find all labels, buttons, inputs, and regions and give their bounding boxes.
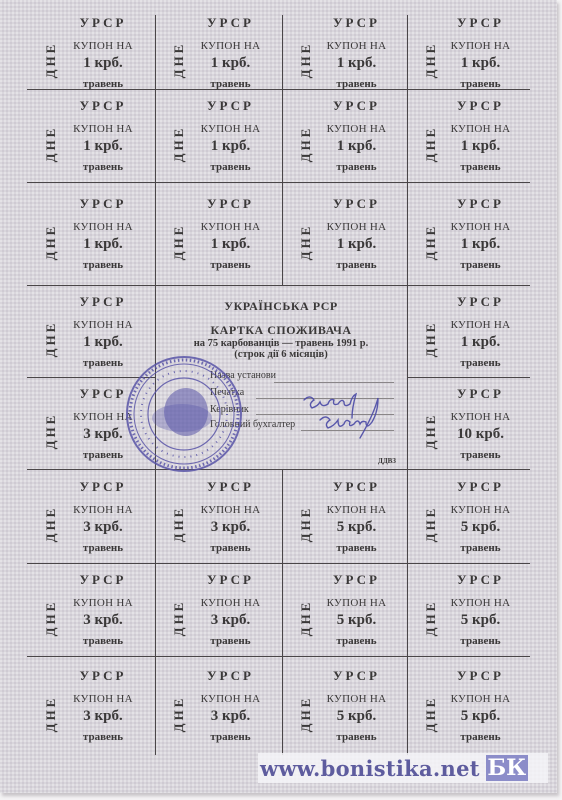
coupon-amount: 5 крб. bbox=[337, 708, 377, 725]
coupon-issuer: УРСР bbox=[457, 294, 504, 310]
coupon-month: травень bbox=[83, 78, 123, 90]
coupon-month: травень bbox=[460, 161, 500, 173]
coupon-label: КУПОН НА bbox=[327, 693, 387, 705]
coupon-label: КУПОН НА bbox=[451, 504, 511, 516]
coupon-label: КУПОН НА bbox=[327, 221, 387, 233]
coupon-body: УРСРКУПОН НА1 крб.травень bbox=[185, 182, 276, 285]
coupon-body: УРСРКУПОН НА3 крб.травень bbox=[57, 469, 149, 563]
coupon-amount: 1 крб. bbox=[83, 138, 123, 155]
coupon: ДНЕУРСРКУПОН НА1 крб.травень bbox=[407, 182, 530, 285]
coupon-label: КУПОН НА bbox=[451, 40, 511, 52]
coupon-body: УРСРКУПОН НА1 крб.травень bbox=[312, 182, 401, 285]
coupon: ДНЕУРСРКУПОН НА1 крб.травень bbox=[27, 182, 155, 285]
coupon-month: травень bbox=[210, 161, 250, 173]
coupon-month: травень bbox=[83, 449, 123, 461]
coupon-month: травень bbox=[210, 542, 250, 554]
coupon-amount: 5 крб. bbox=[461, 708, 501, 725]
coupon-amount: 3 крб. bbox=[83, 708, 123, 725]
coupon-label: КУПОН НА bbox=[73, 319, 133, 331]
coupon-label: КУПОН НА bbox=[327, 123, 387, 135]
coupon-label: КУПОН НА bbox=[451, 693, 511, 705]
coupon-body: УРСРКУПОН НА1 крб.травень bbox=[185, 89, 276, 182]
coupon: ДНЕУРСРКУПОН НА1 крб.травень bbox=[282, 182, 407, 285]
coupon: ДНЕУРСРКУПОН НА5 крб.травень bbox=[407, 656, 530, 755]
coupon: ДНЕУРСРКУПОН НА5 крб.травень bbox=[407, 469, 530, 563]
coupon-amount: 1 крб. bbox=[83, 334, 123, 351]
coupon: ДНЕУРСРКУПОН НА1 крб.травень bbox=[407, 285, 530, 377]
coupon-label: КУПОН НА bbox=[201, 221, 261, 233]
coupon-issuer: УРСР bbox=[457, 668, 504, 684]
coupon-amount: 3 крб. bbox=[83, 612, 123, 629]
coupon-issuer: УРСР bbox=[457, 98, 504, 114]
coupon: ДНЕУРСРКУПОН НА1 крб.травень bbox=[282, 89, 407, 182]
coupon-amount: 5 крб. bbox=[337, 519, 377, 536]
coupon-month: травень bbox=[83, 731, 123, 743]
coupon-amount: 1 крб. bbox=[461, 334, 501, 351]
coupon-month: травень bbox=[460, 357, 500, 369]
coupon-body: УРСРКУПОН НА5 крб.травень bbox=[437, 656, 524, 755]
official-stamp-icon bbox=[124, 354, 244, 474]
coupon: ДНЕУРСРКУПОН НА5 крб.травень bbox=[282, 563, 407, 656]
coupon: ДНЕУРСРКУПОН НА5 крб.травень bbox=[282, 656, 407, 755]
coupon-month: травень bbox=[83, 357, 123, 369]
coupon-issuer: УРСР bbox=[457, 15, 504, 31]
coupon-issuer: УРСР bbox=[207, 572, 254, 588]
coupon-label: КУПОН НА bbox=[327, 597, 387, 609]
coupon-label: КУПОН НА bbox=[201, 693, 261, 705]
coupon-issuer: УРСР bbox=[80, 479, 127, 495]
card-value-line: на 75 карбованців — травень 1991 р. bbox=[156, 338, 406, 349]
coupon-month: травень bbox=[83, 635, 123, 647]
coupon-amount: 1 крб. bbox=[211, 55, 251, 72]
coupon-amount: 5 крб. bbox=[337, 612, 377, 629]
coupon-amount: 1 крб. bbox=[337, 55, 377, 72]
coupon-month: травень bbox=[210, 259, 250, 271]
coupon-body: УРСРКУПОН НА5 крб.травень bbox=[312, 656, 401, 755]
coupon: ДНЕУРСРКУПОН НА5 крб.травень bbox=[282, 469, 407, 563]
coupon-issuer: УРСР bbox=[333, 196, 380, 212]
coupon-label: КУПОН НА bbox=[451, 597, 511, 609]
coupon: ДНЕУРСРКУПОН НА3 крб.травень bbox=[155, 563, 282, 656]
coupon-issuer: УРСР bbox=[80, 386, 127, 402]
coupon-issuer: УРСР bbox=[333, 15, 380, 31]
coupon-issuer: УРСР bbox=[333, 668, 380, 684]
watermark: www.bonistika.net БК bbox=[258, 753, 548, 783]
signature-icon bbox=[300, 388, 400, 440]
coupon-amount: 1 крб. bbox=[83, 236, 123, 253]
coupon: ДНЕУРСРКУПОН НА1 крб.травень bbox=[27, 89, 155, 182]
coupon-body: УРСРКУПОН НА1 крб.травень bbox=[437, 182, 524, 285]
coupon-label: КУПОН НА bbox=[201, 40, 261, 52]
coupon-label: КУПОН НА bbox=[201, 597, 261, 609]
coupon: ДНЕУРСРКУПОН НА3 крб.травень bbox=[27, 563, 155, 656]
card-subtitle: КАРТКА СПОЖИВАЧА bbox=[156, 323, 406, 338]
watermark-logo-badge: БК bbox=[486, 755, 528, 781]
coupon-issuer: УРСР bbox=[207, 196, 254, 212]
coupon-month: травень bbox=[336, 259, 376, 271]
coupon-amount: 1 крб. bbox=[461, 138, 501, 155]
coupon-month: травень bbox=[210, 731, 250, 743]
coupon-body: УРСРКУПОН НА1 крб.травень bbox=[312, 15, 401, 89]
coupon: ДНЕУРСРКУПОН НА3 крб.травень bbox=[155, 656, 282, 755]
coupon-label: КУПОН НА bbox=[73, 40, 133, 52]
coupon-body: УРСРКУПОН НА5 крб.травень bbox=[437, 563, 524, 656]
coupon-month: травень bbox=[336, 161, 376, 173]
coupon: ДНЕУРСРКУПОН НА1 крб.травень bbox=[155, 182, 282, 285]
coupon-month: травень bbox=[83, 542, 123, 554]
coupon-amount: 1 крб. bbox=[461, 55, 501, 72]
coupon-label: КУПОН НА bbox=[451, 221, 511, 233]
coupon-issuer: УРСР bbox=[207, 98, 254, 114]
coupon-label: КУПОН НА bbox=[451, 123, 511, 135]
coupon-issuer: УРСР bbox=[457, 572, 504, 588]
coupon: ДНЕУРСРКУПОН НА10 крб.травень bbox=[407, 377, 530, 469]
coupon-amount: 3 крб. bbox=[211, 612, 251, 629]
coupon: ДНЕУРСРКУПОН НА1 крб.травень bbox=[27, 15, 155, 89]
coupon-issuer: УРСР bbox=[80, 15, 127, 31]
coupon-issuer: УРСР bbox=[207, 479, 254, 495]
coupon-body: УРСРКУПОН НА3 крб.травень bbox=[57, 563, 149, 656]
coupon-month: травень bbox=[83, 161, 123, 173]
coupon-body: УРСРКУПОН НА1 крб.травень bbox=[185, 15, 276, 89]
coupon-body: УРСРКУПОН НА1 крб.травень bbox=[57, 182, 149, 285]
coupon-body: УРСРКУПОН НА1 крб.травень bbox=[437, 89, 524, 182]
coupon-month: травень bbox=[460, 259, 500, 271]
coupon: ДНЕУРСРКУПОН НА1 крб.травень bbox=[282, 15, 407, 89]
coupon-issuer: УРСР bbox=[333, 98, 380, 114]
coupon: ДНЕУРСРКУПОН НА3 крб.травень bbox=[27, 469, 155, 563]
coupon-month: травень bbox=[210, 635, 250, 647]
coupon-month: травень bbox=[460, 78, 500, 90]
coupon-label: КУПОН НА bbox=[451, 411, 511, 423]
coupon-body: УРСРКУПОН НА1 крб.травень bbox=[57, 15, 149, 89]
coupon-body: УРСРКУПОН НА1 крб.травень bbox=[437, 285, 524, 377]
coupon-label: КУПОН НА bbox=[73, 221, 133, 233]
coupon-label: КУПОН НА bbox=[451, 319, 511, 331]
coupon-issuer: УРСР bbox=[457, 386, 504, 402]
coupon-label: КУПОН НА bbox=[73, 123, 133, 135]
coupon-issuer: УРСР bbox=[80, 98, 127, 114]
coupon: ДНЕУРСРКУПОН НА3 крб.травень bbox=[27, 656, 155, 755]
coupon-label: КУПОН НА bbox=[73, 504, 133, 516]
coupon-body: УРСРКУПОН НА3 крб.травень bbox=[57, 656, 149, 755]
coupon-month: травень bbox=[210, 78, 250, 90]
coupon-label: КУПОН НА bbox=[73, 693, 133, 705]
coupon-label: КУПОН НА bbox=[201, 123, 261, 135]
coupon-body: УРСРКУПОН НА1 крб.травень bbox=[57, 89, 149, 182]
coupon-body: УРСРКУПОН НА5 крб.травень bbox=[312, 563, 401, 656]
field-line bbox=[274, 382, 394, 383]
coupon-amount: 1 крб. bbox=[211, 236, 251, 253]
coupon: ДНЕУРСРКУПОН НА3 крб.травень bbox=[155, 469, 282, 563]
coupon-issuer: УРСР bbox=[333, 479, 380, 495]
coupon-amount: 5 крб. bbox=[461, 519, 501, 536]
coupon-month: травень bbox=[336, 731, 376, 743]
coupon-body: УРСРКУПОН НА5 крб.травень bbox=[437, 469, 524, 563]
coupon-amount: 1 крб. bbox=[337, 138, 377, 155]
coupon-amount: 1 крб. bbox=[211, 138, 251, 155]
coupon-issuer: УРСР bbox=[457, 196, 504, 212]
coupon-issuer: УРСР bbox=[333, 572, 380, 588]
coupon-amount: 10 крб. bbox=[457, 426, 504, 443]
coupon-amount: 1 крб. bbox=[83, 55, 123, 72]
coupon-amount: 1 крб. bbox=[337, 236, 377, 253]
coupon-issuer: УРСР bbox=[80, 572, 127, 588]
coupon-label: КУПОН НА bbox=[201, 504, 261, 516]
coupon-amount: 5 крб. bbox=[461, 612, 501, 629]
coupon: ДНЕУРСРКУПОН НА1 крб.травень bbox=[155, 89, 282, 182]
coupon-amount: 3 крб. bbox=[211, 708, 251, 725]
coupon-label: КУПОН НА bbox=[73, 597, 133, 609]
coupon-amount: 3 крб. bbox=[83, 426, 123, 443]
coupon-month: травень bbox=[460, 449, 500, 461]
coupon-issuer: УРСР bbox=[80, 668, 127, 684]
coupon-body: УРСРКУПОН НА10 крб.травень bbox=[437, 377, 524, 469]
coupon-body: УРСРКУПОН НА5 крб.травень bbox=[312, 469, 401, 563]
card-title: УКРАЇНСЬКА РСР bbox=[156, 299, 406, 314]
coupon-month: травень bbox=[336, 635, 376, 647]
coupon-sheet: ДНЕУРСРКУПОН НА1 крб.травеньДНЕУРСРКУПОН… bbox=[0, 0, 557, 793]
coupon-month: травень bbox=[460, 731, 500, 743]
coupon: ДНЕУРСРКУПОН НА1 крб.травень bbox=[407, 15, 530, 89]
coupon-issuer: УРСР bbox=[207, 668, 254, 684]
coupon-month: травень bbox=[83, 259, 123, 271]
coupon-label: КУПОН НА bbox=[327, 504, 387, 516]
coupon-month: травень bbox=[336, 78, 376, 90]
coupon-amount: 3 крб. bbox=[83, 519, 123, 536]
coupon-issuer: УРСР bbox=[207, 15, 254, 31]
coupon-amount: 3 крб. bbox=[211, 519, 251, 536]
coupon-body: УРСРКУПОН НА3 крб.травень bbox=[185, 656, 276, 755]
print-code: ДДВЗ bbox=[378, 457, 396, 465]
coupon-body: УРСРКУПОН НА1 крб.травень bbox=[312, 89, 401, 182]
coupon-amount: 1 крб. bbox=[461, 236, 501, 253]
coupon-body: УРСРКУПОН НА1 крб.травень bbox=[437, 15, 524, 89]
coupon-issuer: УРСР bbox=[80, 294, 127, 310]
coupon-month: травень bbox=[460, 542, 500, 554]
coupon-month: травень bbox=[460, 635, 500, 647]
coupon-body: УРСРКУПОН НА3 крб.травень bbox=[185, 469, 276, 563]
coupon: ДНЕУРСРКУПОН НА1 крб.травень bbox=[155, 15, 282, 89]
coupon: ДНЕУРСРКУПОН НА1 крб.травень bbox=[407, 89, 530, 182]
coupon-label: КУПОН НА bbox=[327, 40, 387, 52]
watermark-text: www.bonistika.net bbox=[258, 756, 480, 781]
coupon: ДНЕУРСРКУПОН НА5 крб.травень bbox=[407, 563, 530, 656]
coupon-issuer: УРСР bbox=[457, 479, 504, 495]
coupon-month: травень bbox=[336, 542, 376, 554]
coupon-issuer: УРСР bbox=[80, 196, 127, 212]
coupon-body: УРСРКУПОН НА3 крб.травень bbox=[185, 563, 276, 656]
